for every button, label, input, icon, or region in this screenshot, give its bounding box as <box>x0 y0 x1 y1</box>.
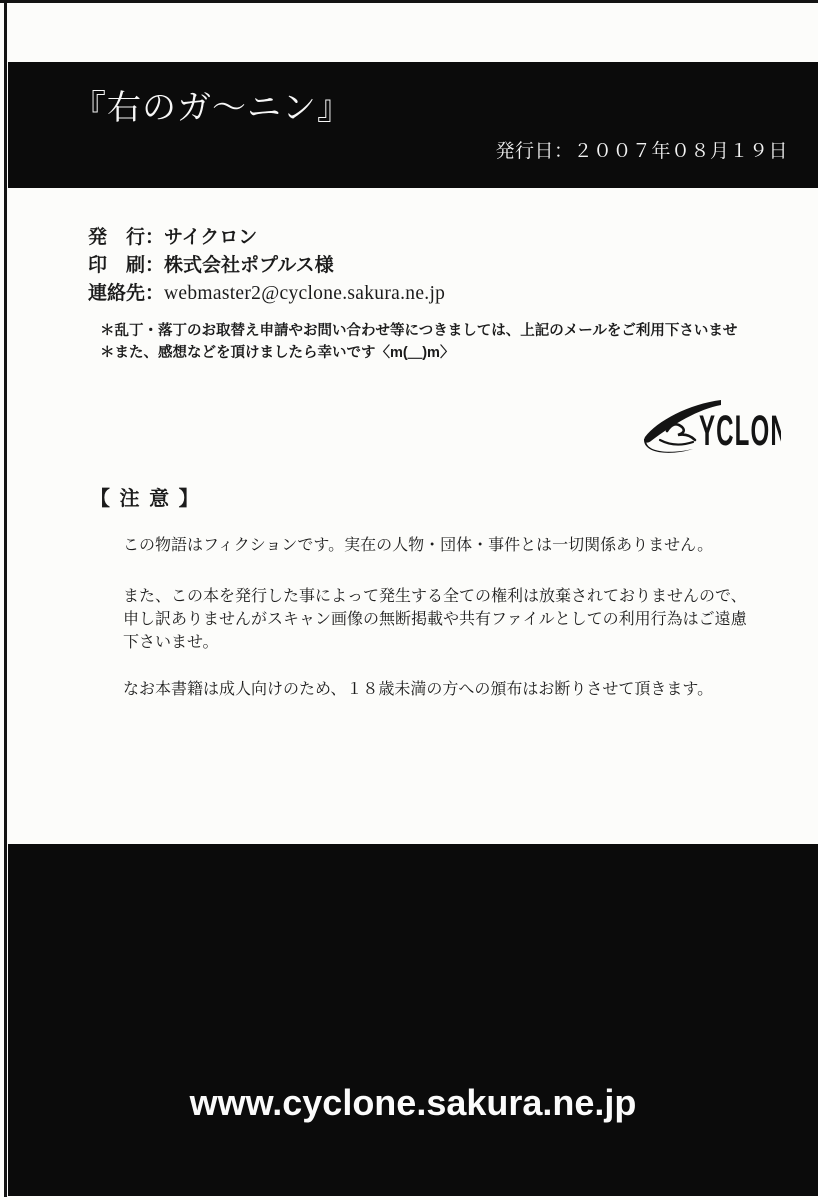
cyclone-logo: YCLONE <box>641 399 781 455</box>
caution-rights-notice: また、この本を発行した事によって発生する全ての権利は放棄されておりませんので、 … <box>123 585 795 654</box>
scanned-colophon-page: 『右のガ～ニン』 発行日：２００７年０８月１９日 発 行：サイクロン 印 刷：株… <box>0 0 818 1200</box>
notes: ＊乱丁・落丁のお取替え申請やお問い合わせ等につきましては、上記のメールをご利用下… <box>100 320 737 364</box>
caution-body: この物語はフィクションです。実在の人物・団体・事件とは一切関係ありません。 また… <box>123 534 795 701</box>
note-feedback: ＊また、感想などを頂けましたら幸いです〈m(＿)m〉 <box>100 342 737 364</box>
scan-edge-left-line <box>4 0 7 1197</box>
title-band: 『右のガ～ニン』 発行日：２００７年０８月１９日 <box>8 62 818 188</box>
caution-fiction-disclaimer: この物語はフィクションです。実在の人物・団体・事件とは一切関係ありません。 <box>123 534 795 557</box>
note-replacement: ＊乱丁・落丁のお取替え申請やお問い合わせ等につきましては、上記のメールをご利用下… <box>100 320 737 342</box>
publisher-label: 発 行： <box>88 227 164 248</box>
logo-figure-scribble-2 <box>660 440 693 445</box>
caution-rights-line3: 下さいませ。 <box>123 631 795 654</box>
publication-info: 発 行：サイクロン 印 刷：株式会社ポプルス様 連絡先：webmaster2@c… <box>88 224 445 308</box>
logo-wordmark: YCLONE <box>699 407 781 455</box>
printer-row: 印 刷：株式会社ポプルス様 <box>88 252 445 280</box>
caution-rights-line1: また、この本を発行した事によって発生する全ての権利は放棄されておりませんので、 <box>123 585 795 608</box>
publisher-row: 発 行：サイクロン <box>88 224 445 252</box>
contact-email: webmaster2@cyclone.sakura.ne.jp <box>164 283 445 304</box>
caution-heading: 【 注 意 】 <box>90 482 201 511</box>
issue-date: 発行日：２００７年０８月１９日 <box>495 136 788 163</box>
publisher-value: サイクロン <box>164 227 257 248</box>
website-url: www.cyclone.sakura.ne.jp <box>8 1082 818 1124</box>
scan-edge-top-line <box>0 0 818 3</box>
caution-rights-line2: 申し訳ありませんがスキャン画像の無断掲載や共有ファイルとしての利用行為はご遠慮 <box>123 608 795 631</box>
footer-band: www.cyclone.sakura.ne.jp <box>8 844 818 1196</box>
contact-row: 連絡先：webmaster2@cyclone.sakura.ne.jp <box>88 280 445 308</box>
printer-value: 株式会社ポプルス様 <box>164 255 334 276</box>
caution-adult-notice: なお本書籍は成人向けのため、１８歳未満の方への頒布はお断りさせて頂きます。 <box>123 678 795 701</box>
cyclone-logo-graphic: YCLONE <box>641 399 781 455</box>
printer-label: 印 刷： <box>88 255 164 276</box>
book-title: 『右のガ～ニン』 <box>72 80 352 129</box>
contact-label: 連絡先： <box>88 283 164 304</box>
logo-figure-scribble <box>667 424 695 440</box>
